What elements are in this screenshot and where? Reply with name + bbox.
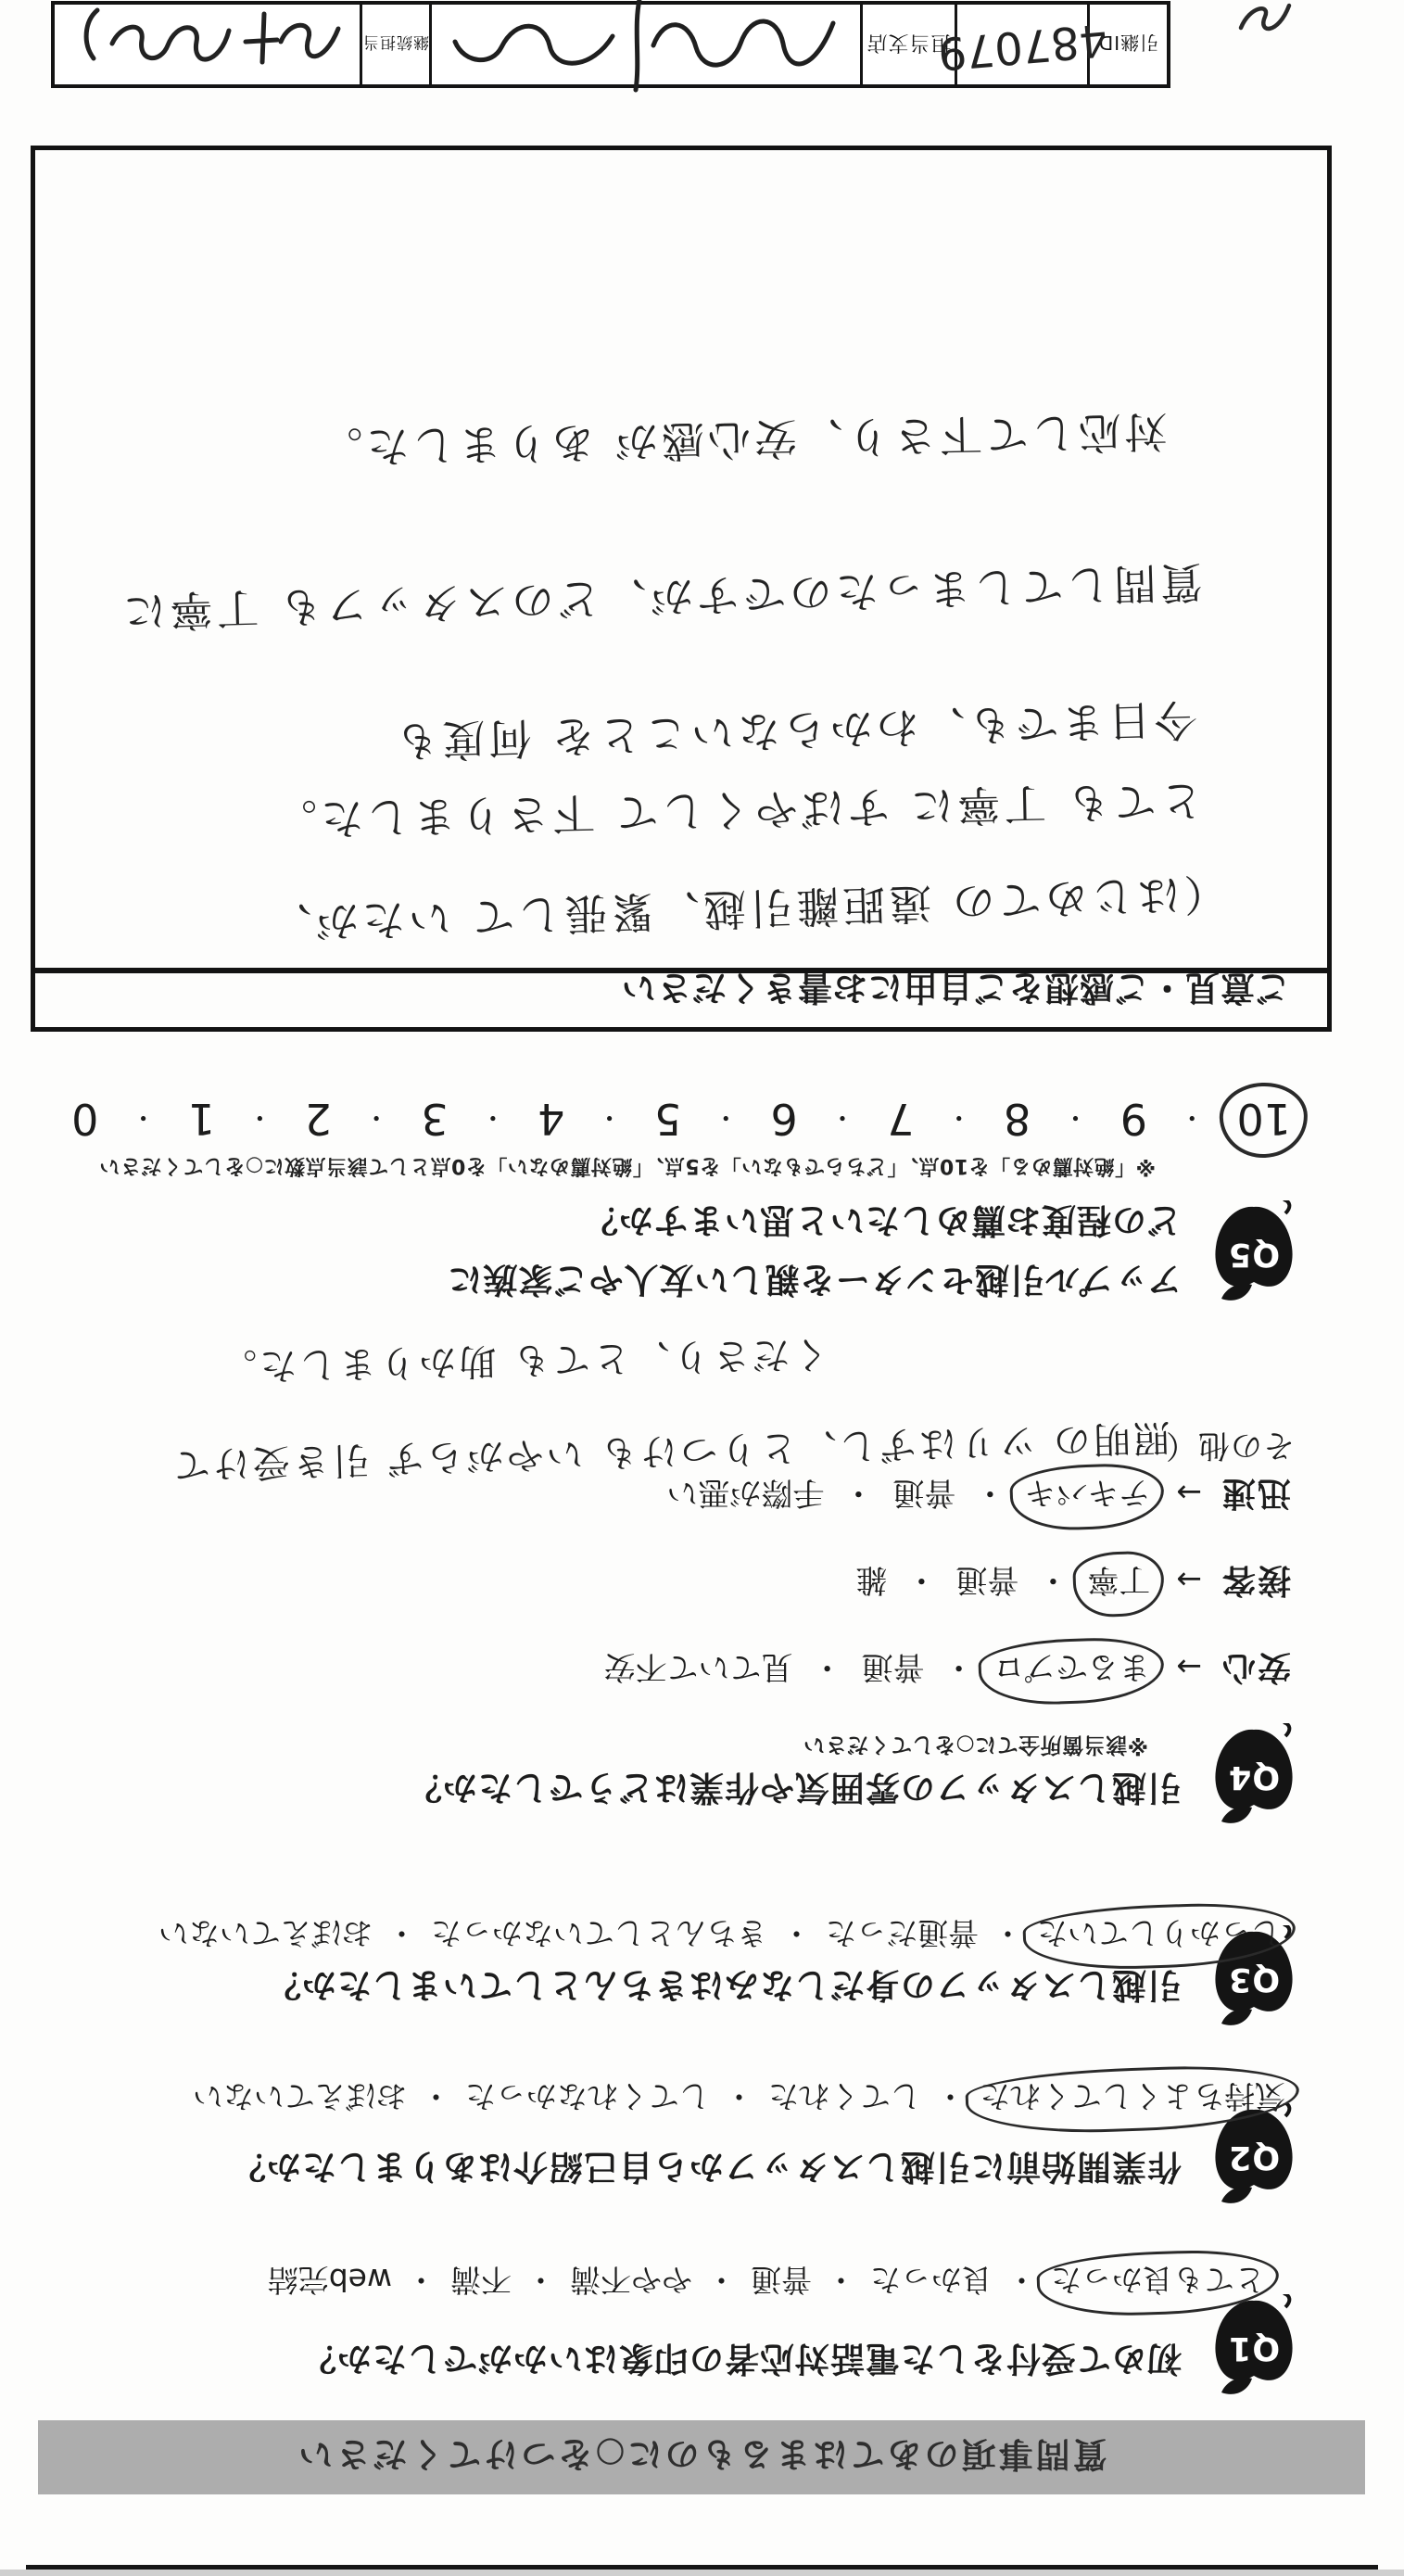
survey-document-upside-down: 質問事項のあてはまるものに○をつけてください Q1 初めて受付をした電話対応者の… (0, 0, 1404, 2576)
q4-apple-icon: Q4 (1208, 1723, 1300, 1827)
q4-rating-row: 接客→丁寧・普通・雑 (855, 1559, 1291, 1606)
option-text: 6 (771, 1094, 798, 1144)
q4-row-options: まるでプロ・普通・見ていて不安 (604, 1648, 1151, 1685)
option-text: やや不満 (570, 2260, 692, 2303)
table-label-continuing-staff: 継続担当 (362, 5, 432, 84)
option-separator: ・ (480, 1100, 506, 1137)
q4-row-label: 迅速 (1221, 1474, 1291, 1512)
handwritten-comment: （はじめての 遠距離引越、緊張して いたが、とても 丁寧に すばやくして 下さり… (35, 150, 1327, 1027)
section-banner: 質問事項のあてはまるものに○をつけてください (38, 2420, 1365, 2494)
option-separator: ・ (829, 1100, 855, 1137)
option-text: 見ていて不安 (604, 1647, 793, 1693)
option-separator: ・ (943, 1648, 975, 1685)
table-value-branch (432, 5, 863, 84)
q5-apple-icon: Q5 (1208, 1200, 1300, 1304)
circled-answer: 10 (1236, 1094, 1291, 1144)
circled-answer: とても良かった (1051, 2260, 1265, 2303)
option-text: 不満 (450, 2260, 512, 2303)
handwritten-branch-signature (431, 5, 862, 84)
arrow-right-icon: → (1176, 1562, 1202, 1598)
option-text: 普通だった (826, 1913, 979, 1957)
q4-rating-row: 迅速→テキパキ・普通・手際が悪い (666, 1472, 1291, 1519)
question-number: Q3 (1208, 1961, 1300, 1998)
q3-answer-options: しっかりしていた・普通だった・きちんとしていなかった・おぼえていない (158, 1913, 1282, 1957)
option-separator: ・ (406, 2262, 436, 2298)
option-text: してくれなかった (465, 2076, 710, 2120)
handwritten-comment-line: 質問してしまったのですが、どのスタッフも 丁寧に (120, 554, 1204, 646)
q4-row-options: テキパキ・普通・手際が悪い (666, 1474, 1150, 1511)
option-text: 普通 (892, 1473, 955, 1518)
option-separator: ・ (247, 1100, 272, 1137)
option-separator: ・ (905, 1561, 937, 1598)
q1-question-text: 初めて受付をした電話対応者の印象はいかがでしたか？ (301, 2337, 1182, 2387)
option-separator: ・ (363, 1100, 389, 1137)
question-number: Q4 (1208, 1758, 1300, 1796)
page-top-rule (26, 2565, 1378, 2570)
option-text: きちんとしていなかった (431, 1913, 767, 1957)
handwritten-comment-line: とても 丁寧に すばやくして 下さりました。 (271, 772, 1204, 853)
option-text: 普通 (862, 1647, 925, 1693)
option-separator: ・ (1179, 1100, 1205, 1137)
option-text: web完結 (268, 2260, 392, 2303)
option-separator: ・ (131, 1100, 157, 1137)
option-separator: ・ (525, 2262, 556, 2298)
question-number: Q5 (1208, 1236, 1300, 1273)
option-text: 5 (654, 1094, 681, 1144)
q3-question-text: 引越しスタッフの身だしなみはきちんとしていましたか？ (266, 1963, 1182, 2013)
handwritten-other-answer-line2: くださり、とても 助かりました。 (217, 1330, 830, 1396)
q4-row-label: 安心 (1221, 1648, 1291, 1686)
question-number: Q1 (1208, 2329, 1300, 2367)
option-separator: ・ (597, 1100, 623, 1137)
comment-box: ご意見・ご感想をご自由にお書きください （はじめての 遠距離引越、緊張して いた… (31, 146, 1332, 1032)
option-separator: ・ (706, 2262, 737, 2298)
option-separator: ・ (1037, 1561, 1069, 1598)
footer-table: 引継ID 487079 担当支店 継続担当 (51, 1, 1170, 88)
option-text: おぼえていない (158, 1913, 373, 1957)
option-separator: ・ (826, 2262, 856, 2298)
option-text: 3 (421, 1094, 448, 1144)
q2-question-text: 作業開始前に引越しスタッフから自己紹介はありましたか？ (231, 2145, 1182, 2195)
q4-other-label: その他（ (1165, 1426, 1295, 1471)
circled-answer: テキパキ (1024, 1473, 1150, 1518)
handwritten-comment-line: 対応して下さり、安心感が ありました。 (316, 403, 1169, 481)
circled-answer: 気持ちよくしてくれた (980, 2076, 1285, 2120)
q1-apple-icon: Q1 (1208, 2294, 1300, 2398)
option-text: 1 (188, 1094, 215, 1144)
q4-row-options: 丁寧・普通・雑 (855, 1561, 1150, 1598)
q5-note: ※「絶対薦める」を10点、「どちらでもない」を5点、「絶対薦めない」を0点として… (99, 1153, 1156, 1182)
option-separator: ・ (842, 1474, 874, 1511)
option-separator: ・ (713, 1100, 739, 1137)
option-separator: ・ (812, 1648, 843, 1685)
option-text: 普通 (751, 2260, 812, 2303)
q5-rating-scale: 10・9・8・7・6・5・4・3・2・1・0 (71, 1094, 1291, 1144)
q5-question-line1: アップル引越センターを親しい友人やご家族に (448, 1258, 1182, 1308)
option-text: してくれた (768, 2076, 921, 2120)
circled-answer: 丁寧 (1087, 1560, 1150, 1605)
option-text: 2 (305, 1094, 332, 1144)
handwritten-id-number: 487079 (935, 13, 1108, 80)
handwritten-staff-signature (54, 5, 361, 84)
option-separator: ・ (946, 1100, 972, 1137)
option-separator: ・ (781, 1915, 812, 1951)
option-text: 9 (1120, 1094, 1147, 1144)
option-separator: ・ (724, 2078, 754, 2114)
option-text: 4 (538, 1094, 564, 1144)
option-separator: ・ (421, 2078, 451, 2114)
option-text: 8 (1004, 1094, 1031, 1144)
q1-answer-options: とても良かった・良かった・普通・やや不満・不満・web完結 (268, 2260, 1265, 2303)
q5-question-line2: どの程度お薦めしたいと思いますか？ (583, 1199, 1182, 1249)
handwritten-comment-line: 今日までも、わからないことを 何度も (392, 692, 1198, 775)
scanned-survey-screenshot: 質問事項のあてはまるものに○をつけてください Q1 初めて受付をした電話対応者の… (0, 0, 1404, 2576)
arrow-right-icon: → (1176, 1649, 1202, 1685)
arrow-right-icon: → (1176, 1475, 1202, 1511)
scan-edge-shadow (0, 2570, 1404, 2576)
table-value-handover-id: 487079 (957, 5, 1090, 84)
question-number: Q2 (1208, 2138, 1300, 2176)
option-separator: ・ (386, 1915, 417, 1951)
stray-pen-mark (1235, 0, 1295, 39)
table-value-continuing-staff (55, 5, 362, 84)
option-separator: ・ (935, 2078, 966, 2114)
circled-answer: まるでプロ (993, 1647, 1151, 1693)
q4-question-text: 引越しスタッフの雰囲気や作業はどうでしたか？ (407, 1766, 1182, 1816)
option-text: 雑 (855, 1560, 887, 1605)
option-text: 7 (887, 1094, 914, 1144)
option-separator: ・ (1062, 1100, 1088, 1137)
option-text: 良かった (870, 2260, 993, 2303)
q4-note: ※該当箇所全てに○をしてください (803, 1732, 1148, 1762)
q4-rating-row: 安心→まるでプロ・普通・見ていて不安 (604, 1646, 1291, 1694)
option-text: 普通 (955, 1560, 1018, 1605)
q2-answer-options: 気持ちよくしてくれた・してくれた・してくれなかった・おぼえていない (193, 2076, 1285, 2120)
circled-answer: しっかりしていた (1037, 1913, 1282, 1957)
option-separator: ・ (974, 1474, 1006, 1511)
option-text: 0 (71, 1094, 98, 1144)
q4-row-label: 接客 (1221, 1561, 1291, 1599)
option-text: おぼえていない (193, 2076, 407, 2120)
handwritten-comment-line: （はじめての 遠距離引越、緊張して いたが、 (265, 866, 1228, 958)
option-separator: ・ (1006, 2262, 1037, 2298)
option-separator: ・ (993, 1915, 1023, 1951)
